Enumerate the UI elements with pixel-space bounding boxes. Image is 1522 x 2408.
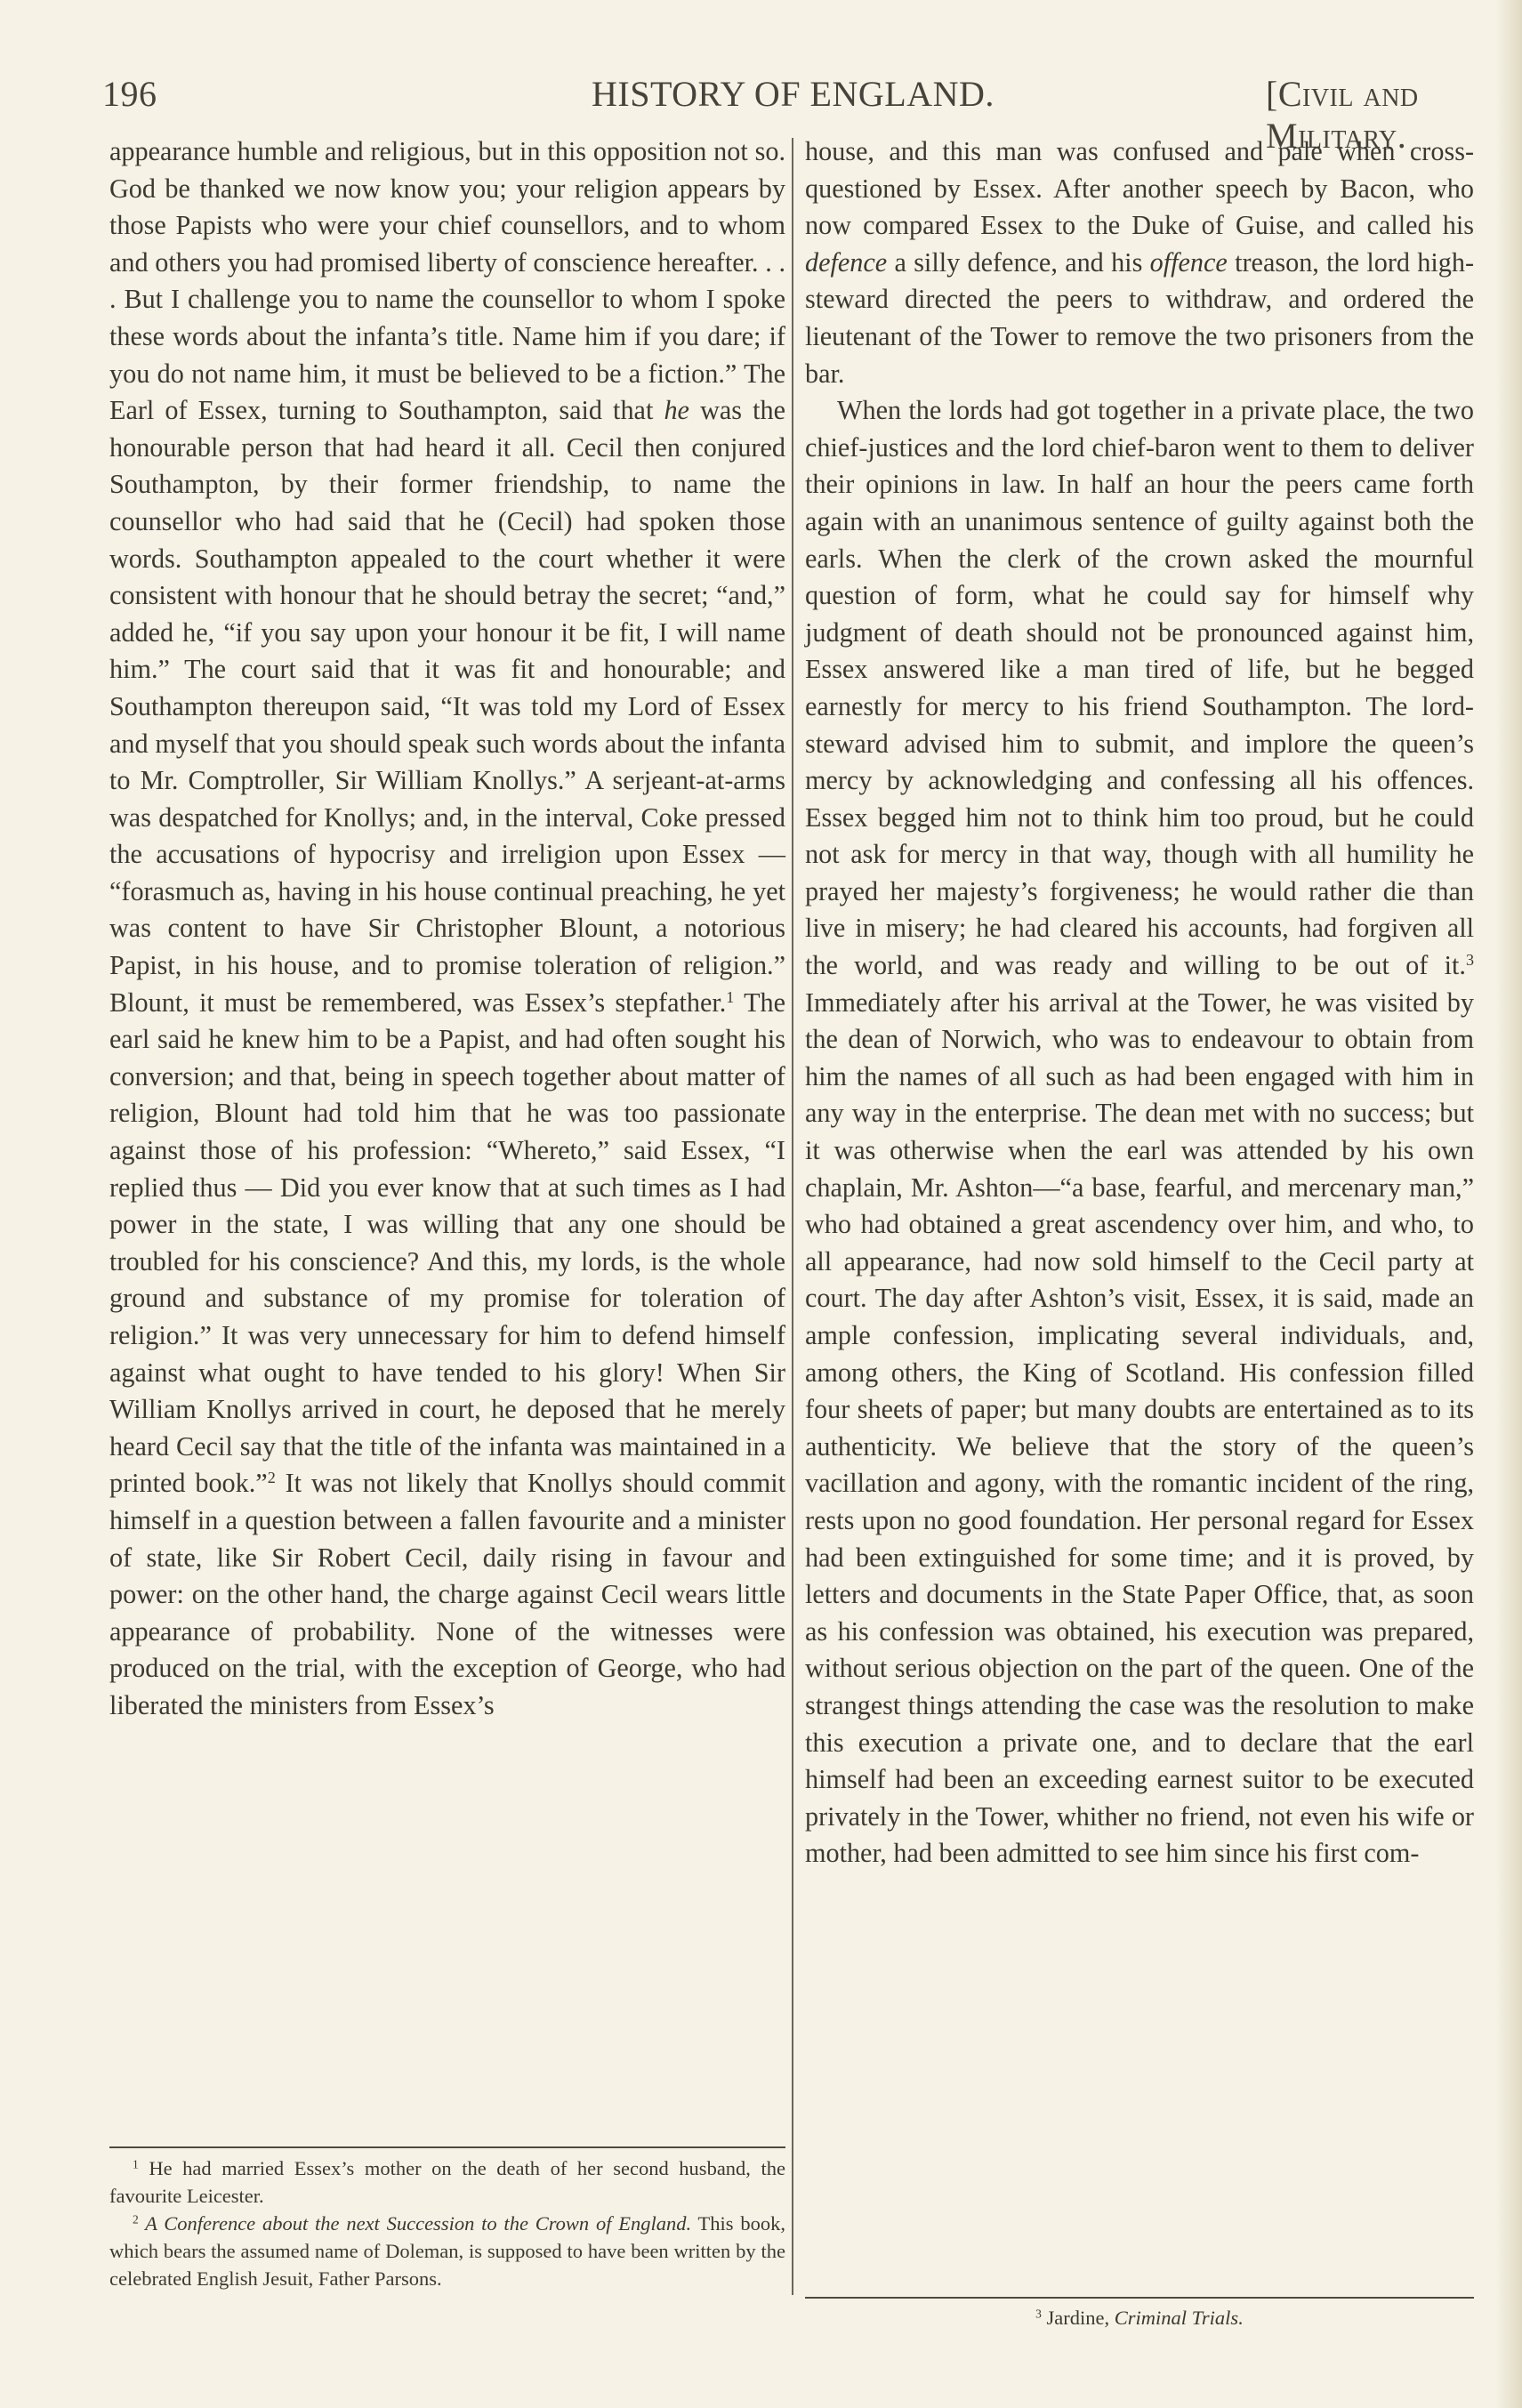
right-column: house, and this man was confused and pal… bbox=[805, 133, 1474, 1872]
footnote-2: 2 A Conference about the next Succession… bbox=[109, 2210, 785, 2292]
emphasis: he bbox=[664, 395, 689, 425]
footnote-rule bbox=[805, 2297, 1474, 2299]
paragraph: When the lords had got together in a pri… bbox=[805, 392, 1474, 1872]
running-head: 196 HISTORY OF ENGLAND. [Civil and Milit… bbox=[102, 73, 1481, 117]
footnotes-right: 3 Jardine, Criminal Trials. bbox=[805, 2304, 1474, 2331]
paragraph: appearance humble and religious, but in … bbox=[109, 133, 785, 1725]
page-number: 196 bbox=[102, 73, 157, 115]
footnote-1: 1 He had married Essex’s mother on the d… bbox=[109, 2154, 785, 2210]
footnote-ref-3[interactable]: 3 bbox=[1466, 951, 1474, 969]
footnote-ref-1[interactable]: 1 bbox=[726, 988, 734, 1006]
column-divider bbox=[792, 138, 793, 2295]
emphasis: offence bbox=[1150, 247, 1228, 278]
footnote-ref-2[interactable]: 2 bbox=[268, 1469, 276, 1486]
left-column: appearance humble and religious, but in … bbox=[109, 133, 785, 1725]
footnote-3: 3 Jardine, Criminal Trials. bbox=[805, 2304, 1474, 2331]
book-title: HISTORY OF ENGLAND. bbox=[592, 73, 995, 115]
emphasis: defence bbox=[805, 247, 887, 278]
footnotes-left: 1 He had married Essex’s mother on the d… bbox=[109, 2154, 785, 2292]
page-edge-shadow bbox=[1495, 0, 1522, 2408]
paragraph: house, and this man was confused and pal… bbox=[805, 133, 1474, 392]
footnote-rule bbox=[109, 2146, 785, 2148]
